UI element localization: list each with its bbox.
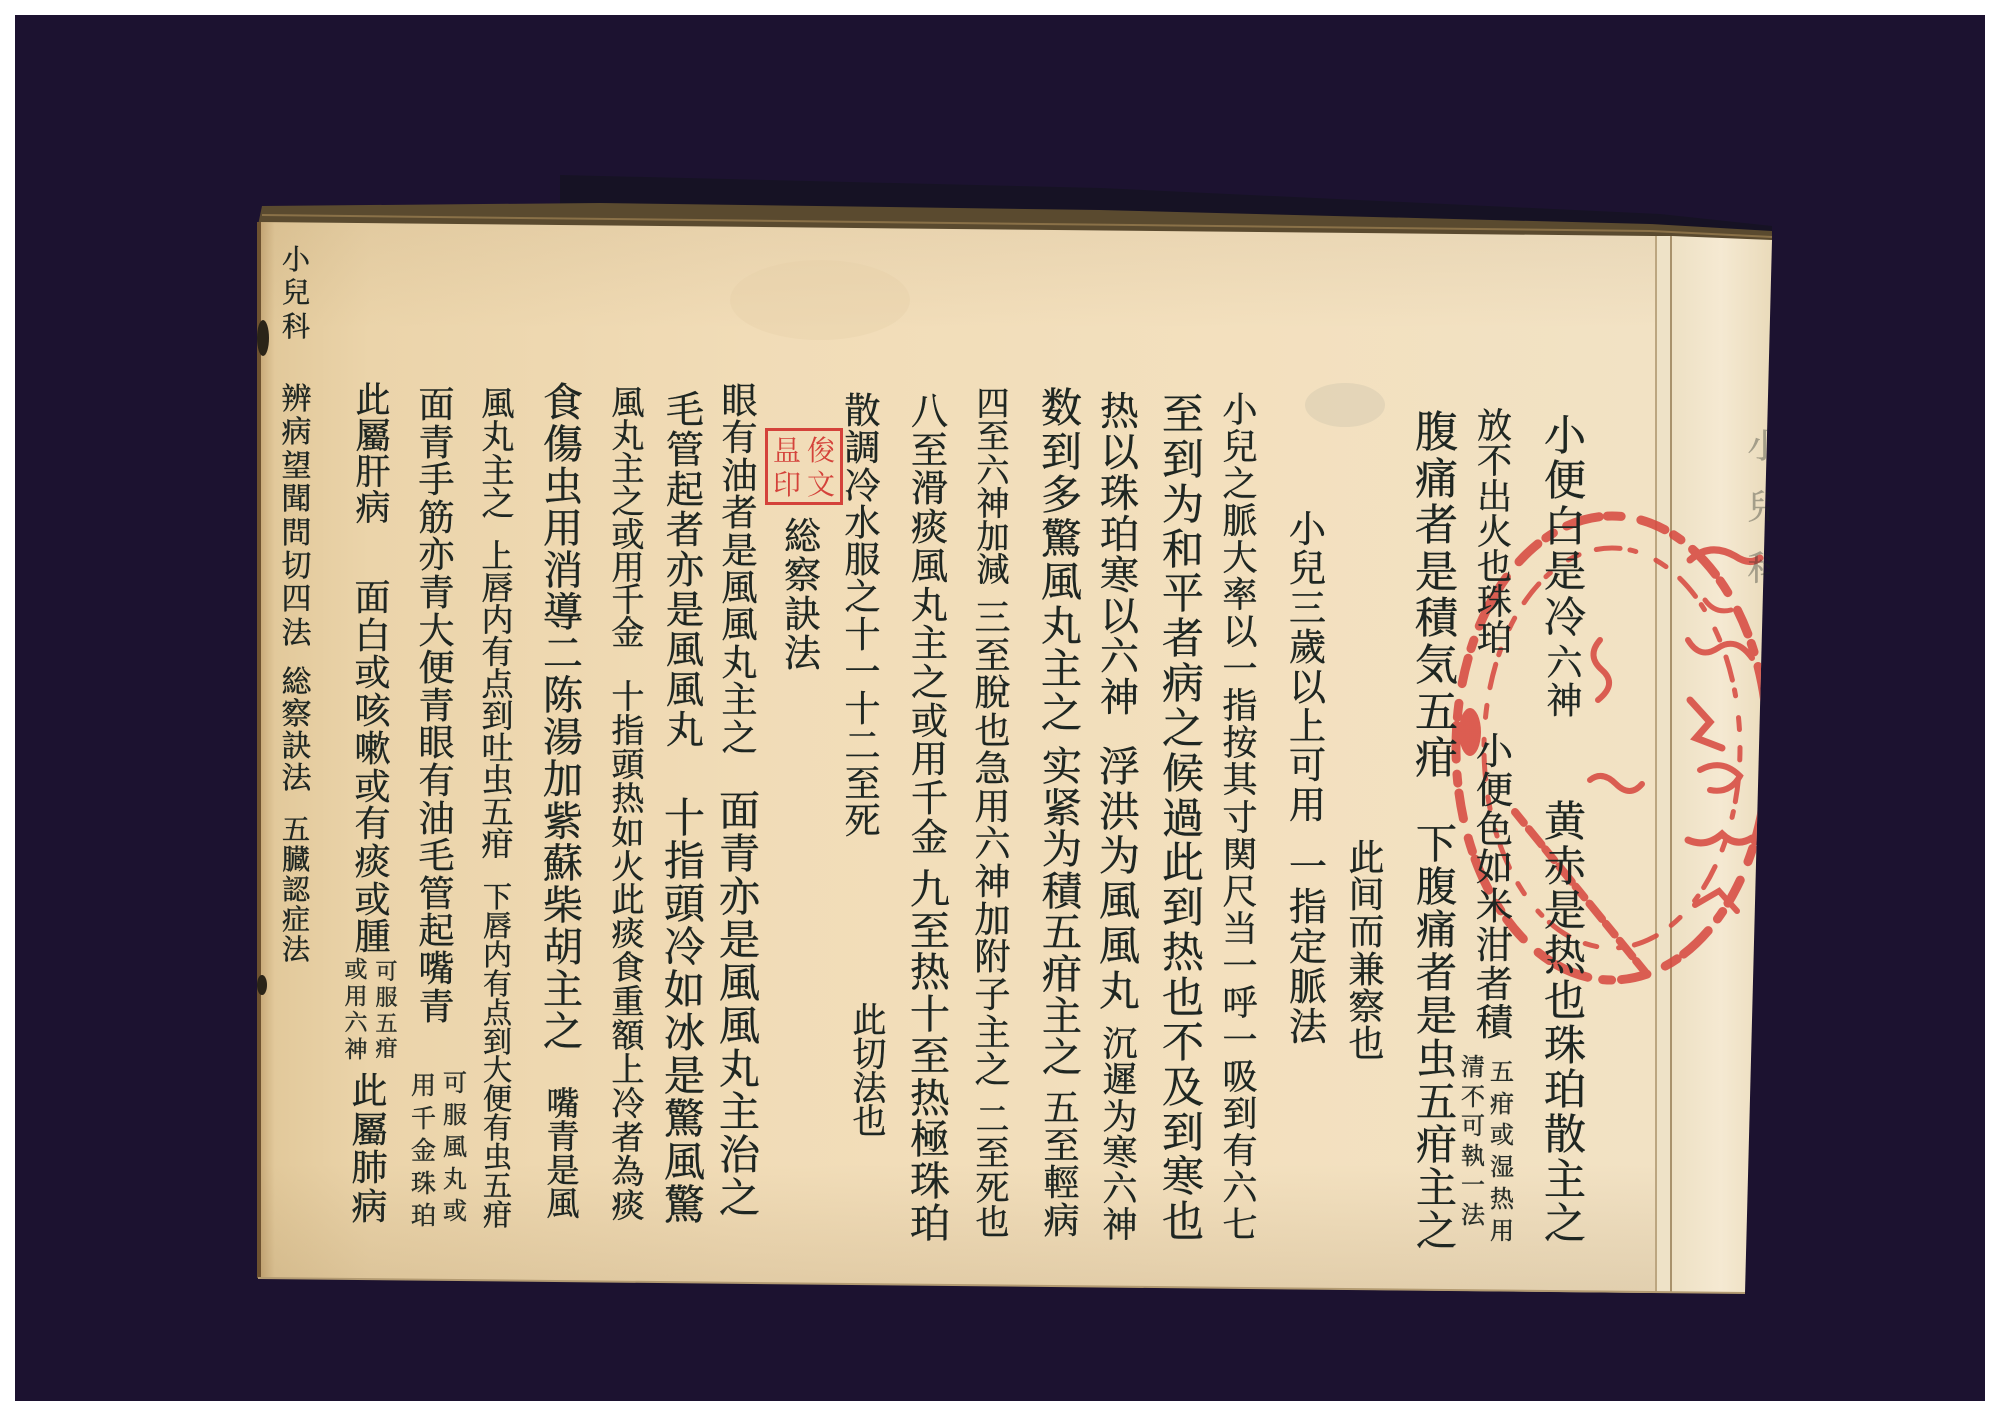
seal-stamp: 俊文 昷印 — [765, 428, 843, 505]
column-15-phrase-2: 十指頭冷如冰是驚風驚 — [661, 797, 708, 1227]
column-17-phrase-1: 食傷虫用消導二陈湯加紫蘇柴胡主之 — [540, 383, 586, 1054]
margin-title: 小兒科 — [280, 243, 312, 343]
column-20-annotation-right: 可服五疳 — [374, 960, 399, 1063]
column-04-phrase-1: 此间而兼察也 — [1346, 840, 1387, 1063]
column-19-phrase-1: 面青手筋亦青大便青眼有油毛管起嘴青 — [416, 387, 457, 1026]
column-02-annotation-right: 五疳或湿热用 — [1488, 1057, 1516, 1247]
column-06-phrase-1: 小兒之脈大率以一指按其寸関尺当一呼一吸到有六七 — [1220, 393, 1260, 1245]
column-02-phrase-2: 小便色如米泔者積 — [1473, 733, 1516, 1043]
column-10-phrase-1: 四至六神加減 — [974, 387, 1012, 587]
column-20-phrase-3: 此屬肺病 — [349, 1073, 390, 1227]
column-10-phrase-3: 二至死也 — [973, 1103, 1012, 1240]
column-20-annotation-left: 或用六神 — [343, 957, 369, 1063]
column-12-phrase-2: 此切法也 — [850, 1005, 889, 1140]
column-16-phrase-2: 十指頭热如火此痰食重額上冷者為痰 — [609, 680, 647, 1223]
column-09-phrase-1: 数到多驚風丸主之 — [1038, 387, 1085, 735]
column-01-phrase-2: 六神 — [1544, 645, 1585, 720]
column-17-phrase-2: 嘴青是風 — [544, 1087, 582, 1220]
column-08-phrase-2: 浮洪为風風丸 — [1096, 745, 1143, 1013]
column-09-phrase-3: 五至輕病 — [1041, 1090, 1082, 1240]
column-10-phrase-2: 三至脫也急用六神加附子主之 — [972, 600, 1013, 1090]
column-16-phrase-1: 風丸主之或用千金 — [609, 387, 647, 650]
column-18-phrase-2: 上唇内有点到吐虫五疳 — [479, 540, 516, 860]
contents-item-2: 総察訣法 — [279, 667, 314, 795]
column-14-phrase-2: 面青亦是風風丸主治之 — [716, 790, 763, 1220]
contents-item-3: 五臓認症法 — [280, 815, 312, 965]
binding-fold — [1655, 236, 1672, 1293]
column-01-phrase-1: 小便白是冷 — [1541, 413, 1589, 640]
contents-item-1: 辨病望聞問切四法 — [279, 383, 314, 650]
column-02-annotation-left: 清不可執一法 — [1459, 1053, 1487, 1230]
column-05-heading-2: 一指定脈法 — [1286, 847, 1330, 1047]
column-03-phrase-1: 腹痛者是積気五疳 — [1412, 410, 1461, 783]
flap-strip-faint-text: 小兒科 — [1745, 417, 1770, 600]
paper-stain — [1305, 383, 1385, 427]
column-18-phrase-3: 下唇内有点到大便有虫五疳 — [481, 883, 514, 1230]
column-20-phrase-1: 此屬肝病 — [353, 383, 393, 527]
column-05-heading-1: 小兒三歲以上可用 — [1286, 510, 1329, 825]
column-19-annotation-left: 用千金珠珀 — [409, 1070, 438, 1233]
binding-thread-mark — [257, 320, 269, 356]
column-02-phrase-1: 放不出火也珠珀 — [1474, 410, 1515, 657]
column-18-phrase-1: 風丸主之 — [479, 387, 517, 520]
column-07-phrase-1: 至到为和平者病之候過此到热也不及到寒也 — [1159, 393, 1207, 1245]
flap-strip-text-area: 小兒科 — [1672, 236, 1770, 1293]
column-12-phrase-1: 散調冷水服之十一十二至死 — [842, 393, 883, 840]
column-14-phrase-1: 眼有油者是風風丸主之 — [719, 383, 760, 757]
column-20-phrase-2: 面白或咳嗽或有痰或腫 — [352, 580, 393, 957]
column-01-phrase-3: 黄赤是热也珠珀散主之 — [1541, 800, 1589, 1247]
column-09-phrase-2: 实紧为積五疳主之 — [1039, 747, 1085, 1080]
column-08-phrase-3: 沉遲为寒六神 — [1100, 1027, 1140, 1245]
column-11-phrase-2: 九至热十至热極珠珀 — [907, 870, 953, 1245]
column-03-phrase-2: 下腹痛者是虫五疳主之 — [1413, 823, 1460, 1253]
paper-stain — [730, 260, 910, 340]
column-19-annotation-right: 可服風丸或 — [441, 1067, 469, 1227]
seal-text-left: 昷印 — [771, 434, 803, 502]
column-08-phrase-1: 热以珠珀寒以六神 — [1097, 393, 1142, 720]
binding-thread-mark — [257, 975, 267, 995]
column-15-phrase-1: 毛管起者亦是風風丸 — [663, 390, 707, 750]
section-heading: 総察訣法 — [781, 517, 824, 673]
seal-text-right: 俊文 — [805, 434, 837, 502]
column-11-phrase-1: 八至滑痰風丸主之或用千金 — [908, 393, 951, 857]
